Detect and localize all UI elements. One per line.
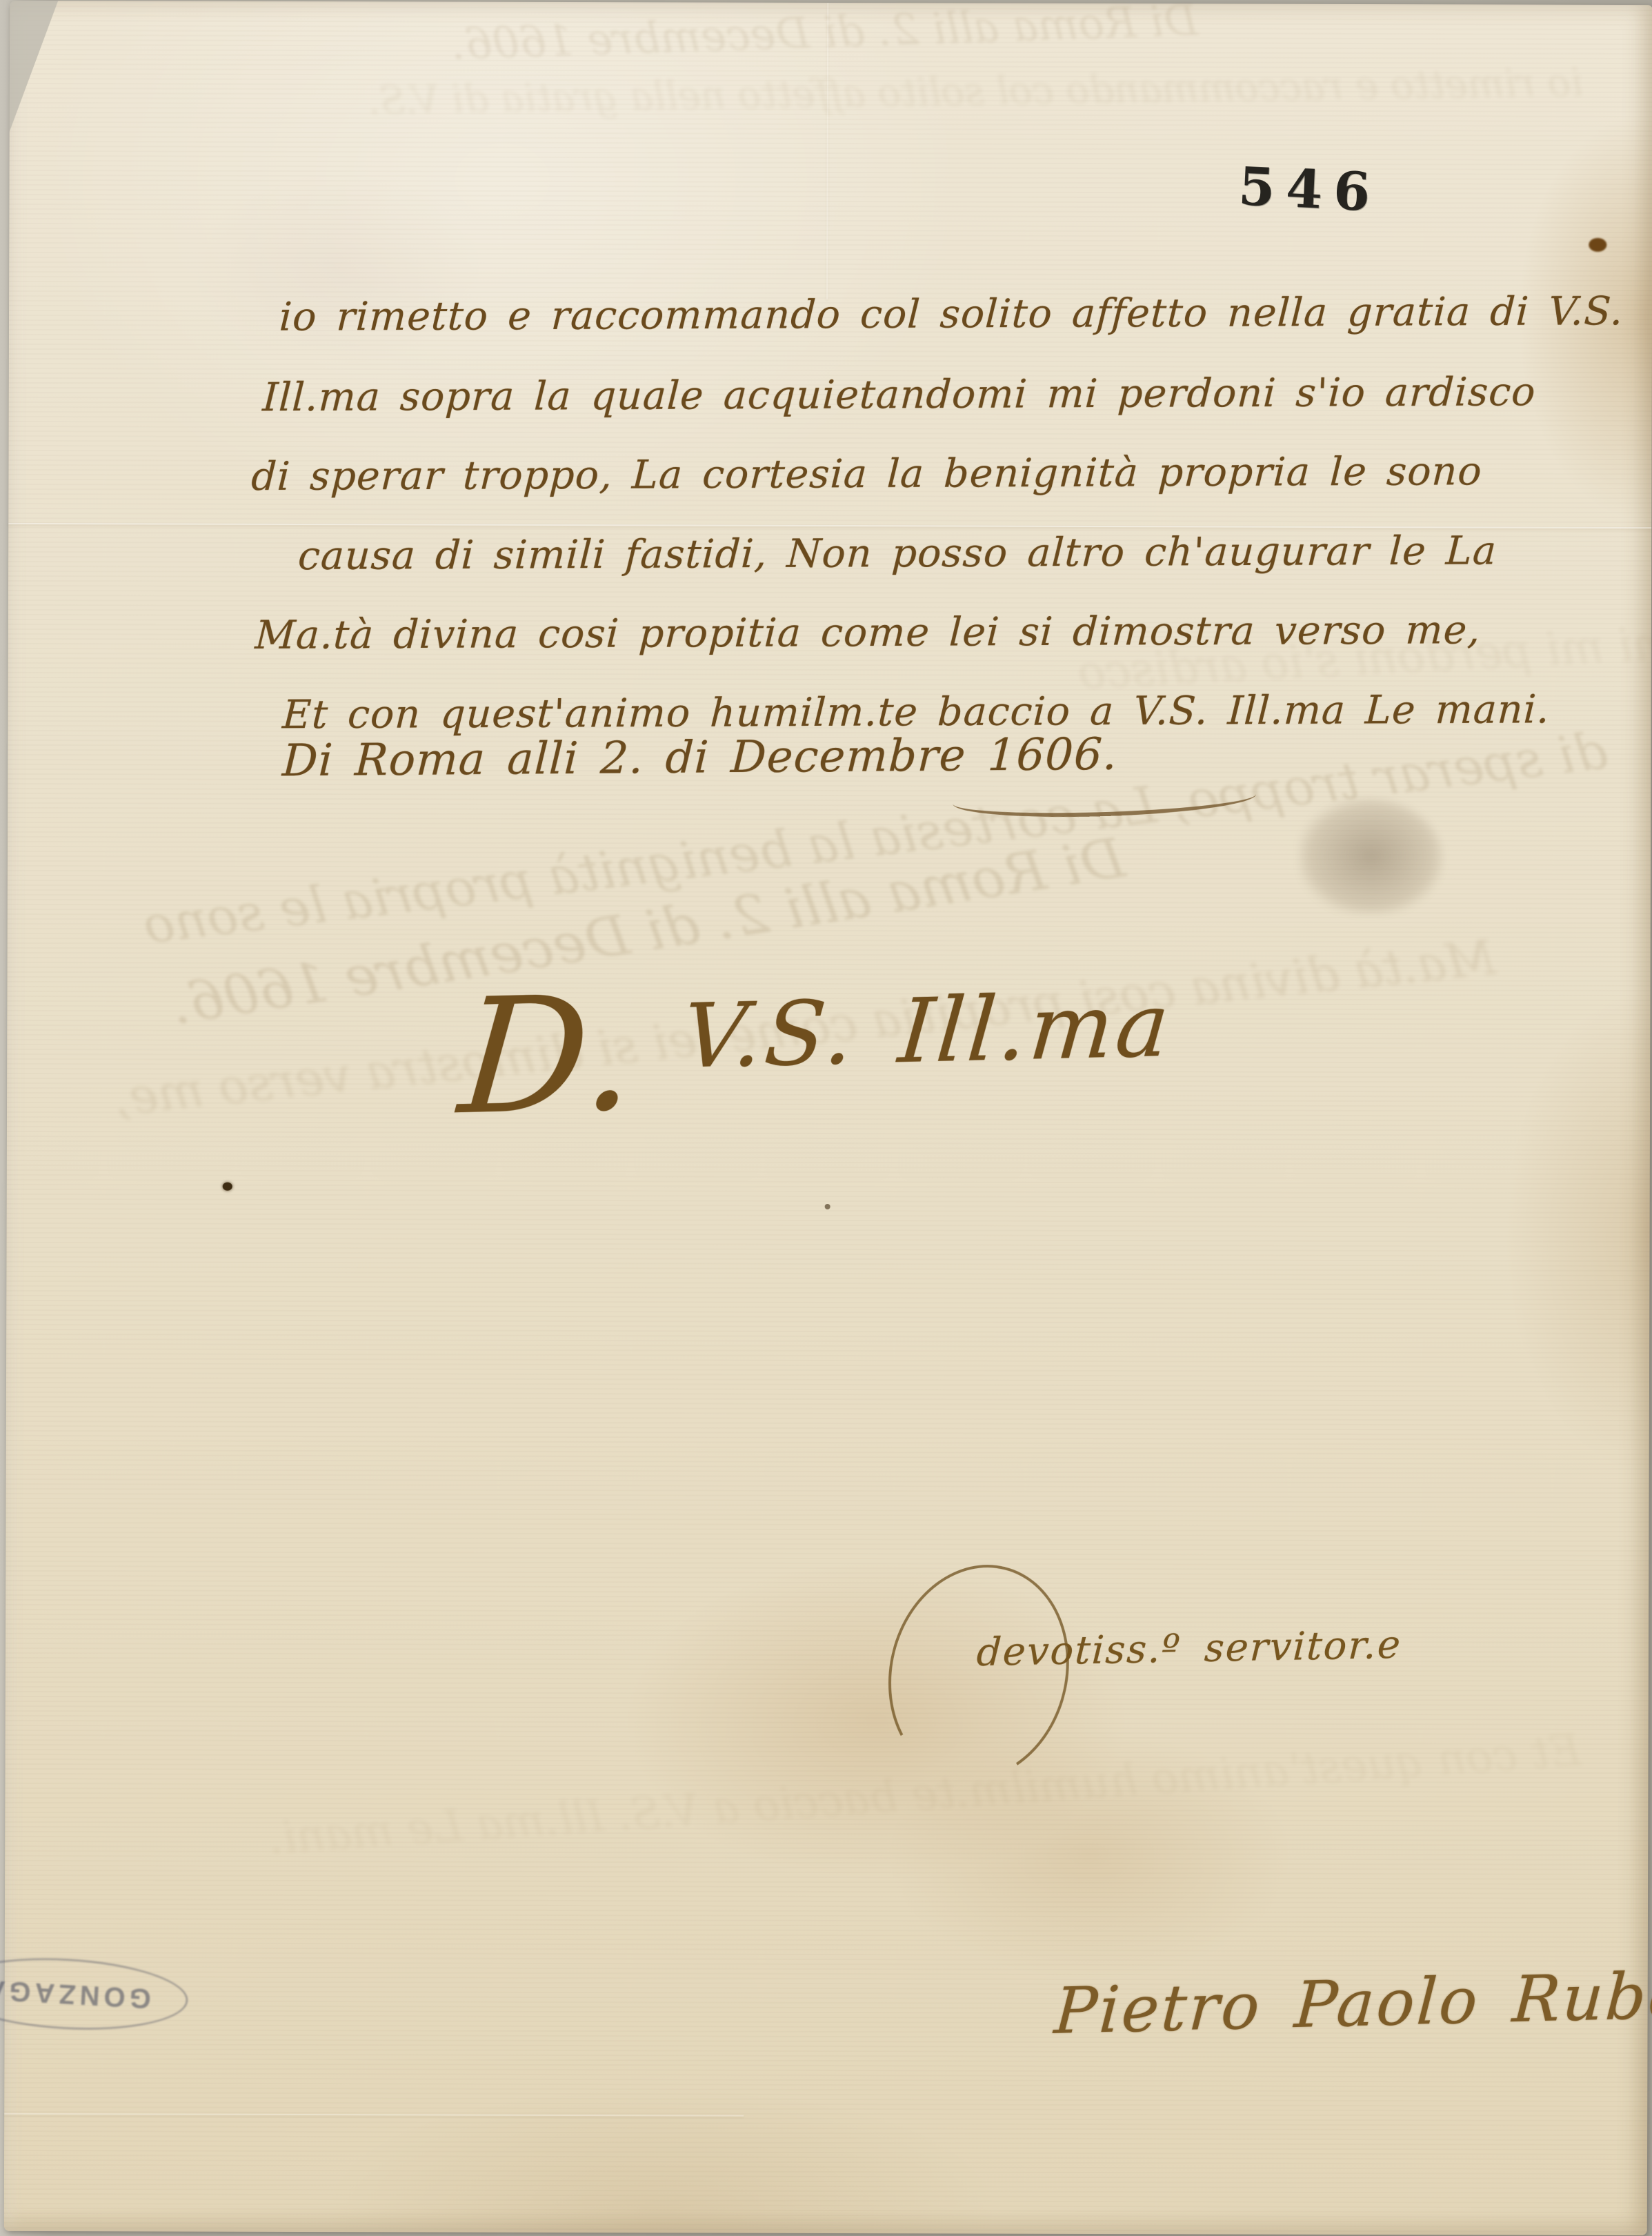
closing-formula: devotiss.º servitor.e xyxy=(975,1623,1402,1675)
gonzaga-stamp-text: GONZAGA xyxy=(0,1974,152,2014)
archive-number-stamp: 546 xyxy=(1237,155,1383,223)
ink-speck xyxy=(1589,238,1606,252)
ink-speck xyxy=(223,1183,232,1191)
paper-sheet: Di Roma alli 2. di Decembre 1606. io rim… xyxy=(4,1,1652,2235)
letter-body-line: io rimetto e raccommando col solito affe… xyxy=(278,288,1624,340)
letter-dateline: Di Roma alli 2. di Decembre 1606. xyxy=(281,729,1119,787)
letter-body-line: Ill.ma sopra la quale acquietandomi mi p… xyxy=(261,369,1537,420)
scanned-letter-page: Di Roma alli 2. di Decembre 1606. io rim… xyxy=(0,0,1652,2236)
letter-body-line: di sperar troppo, La cortesia la benigni… xyxy=(250,448,1483,499)
ink-speck xyxy=(825,1204,830,1209)
letter-body-line: Ma.tà divina cosi propitia come lei si d… xyxy=(254,607,1482,658)
salutation-initial: D. xyxy=(454,962,646,1151)
salutation-flourish: D. V.S. Ill.ma xyxy=(458,974,1175,1094)
salutation-text: V.S. Ill.ma xyxy=(679,974,1175,1089)
letter-body-line: causa di simili fastidi, Non posso altro… xyxy=(297,528,1498,579)
